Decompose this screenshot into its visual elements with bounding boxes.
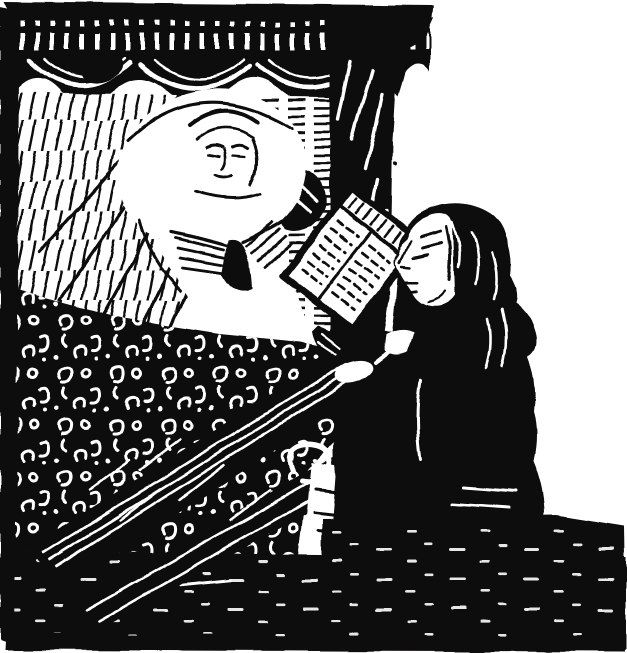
- stray-speck: [393, 161, 397, 165]
- woodcut-illustration: [0, 0, 627, 653]
- platform: [320, 515, 626, 648]
- engraving-canvas: [0, 0, 627, 653]
- platform-speckle: [330, 524, 622, 644]
